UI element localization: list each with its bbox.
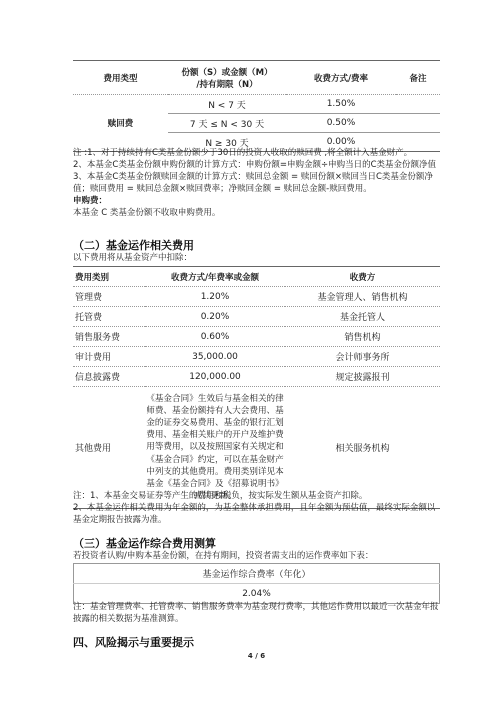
table-row: 信息披露费 120,000.00 规定披露报刊 <box>73 367 440 387</box>
table-row: 托管费 0.20% 基金托管人 <box>73 307 440 327</box>
payee-cell: 基金托管人 <box>285 307 440 327</box>
subscription-fee-text: 本基金 C 类基金份额不收取申购费用。 <box>73 207 443 219</box>
payee-cell: 规定披露报刊 <box>285 367 440 387</box>
header-share-period-line1: 份额（S）或金额（M） <box>168 66 286 78</box>
operating-fee-table: 费用类别 收费方式/年费率或金额 收费方 管理费 1.20% 基金管理人、销售机… <box>73 266 440 509</box>
rate-cell: 0.20% <box>145 307 285 327</box>
payee-cell: 会计师事务所 <box>285 347 440 367</box>
note-3: 3、本基金C类基金份额赎回金额的计算方式：赎回总金额 = 赎回份额×赎回当日C类… <box>73 171 443 195</box>
payee-cell: 基金管理人、销售机构 <box>285 287 440 307</box>
fee-type-cell: 赎回费 <box>73 95 168 152</box>
subscription-fee-title: 申购费： <box>73 195 443 207</box>
header-remark: 备注 <box>396 61 440 95</box>
header-category: 费用类别 <box>73 267 145 287</box>
period-cell: N < 7 天 <box>168 95 286 114</box>
rate-cell: 1.20% <box>145 287 285 307</box>
rate-cell: 35,000.00 <box>145 347 285 367</box>
header-rate: 收费方式/费率 <box>286 61 396 95</box>
rate-cell: 0.60% <box>145 327 285 347</box>
table-row: 管理费 1.20% 基金管理人、销售机构 <box>73 287 440 307</box>
section-2-title: （二）基金运作相关费用 <box>73 237 194 253</box>
header-fee-type: 费用类型 <box>73 61 168 95</box>
redemption-fee-table: 费用类型 份额（S）或金额（M） /持有期限（N） 收费方式/费率 备注 赎回费… <box>73 60 440 152</box>
header-share-period-line2: /持有期限（N） <box>168 78 286 90</box>
table-header-row: 基金运作综合费率（年化） <box>74 564 440 584</box>
header-rate: 收费方式/年费率或金额 <box>145 267 285 287</box>
section-3-intro: 若投资者认购/申购本基金份额，在持有期间，投资者需支出的运作费率如下表： <box>73 550 373 562</box>
page-number: 4 / 6 <box>73 652 440 660</box>
section-3-title: （三）基金运作综合费用测算 <box>73 535 216 551</box>
table-header-row: 费用类型 份额（S）或金额（M） /持有期限（N） 收费方式/费率 备注 <box>73 61 440 95</box>
section-4-title: 四、风险揭示与重要提示 <box>73 634 194 650</box>
category-cell: 审计费用 <box>73 347 145 367</box>
category-cell: 托管费 <box>73 307 145 327</box>
section-2-intro: 以下费用将从基金资产中扣除： <box>73 252 192 264</box>
redemption-notes: 注 :1、对于持续持有C类基金份额少于30日的投资人收取的赎回费 ,将全额计入基… <box>73 147 443 219</box>
table-row: 审计费用 35,000.00 会计师事务所 <box>73 347 440 367</box>
table-row: 销售服务费 0.60% 销售机构 <box>73 327 440 347</box>
category-cell: 管理费 <box>73 287 145 307</box>
note-2: 2、本基金C类基金份额申购份额的计算方式：申购份额=申购金额÷申购当日的C类基金… <box>73 159 443 171</box>
header-payee: 收费方 <box>285 267 440 287</box>
period-cell: 7 天 ≤ N < 30 天 <box>168 114 286 133</box>
section-2-notes: 注：1、本基金交易证券等产生的费用和税负，按实际发生额从基金资产扣除。 2、本基… <box>73 490 443 526</box>
remark-cell <box>396 114 440 133</box>
section-3-note: 注：基金管理费率、托管费率、销售服务费率为基金现行费率，其他运作费用以最近一次基… <box>73 601 443 625</box>
remark-cell <box>396 95 440 114</box>
header-share-period: 份额（S）或金额（M） /持有期限（N） <box>168 61 286 95</box>
table-row: 赎回费 N < 7 天 1.50% <box>73 95 440 114</box>
note-1: 注 :1、对于持续持有C类基金份额少于30日的投资人收取的赎回费 ,将全额计入基… <box>73 147 443 159</box>
rate-cell: 120,000.00 <box>145 367 285 387</box>
note-2: 2、本基金运作相关费用为年金额的，为基金整体承担费用，且年金额为预估值，最终实际… <box>73 502 443 526</box>
note-1: 注：1、本基金交易证券等产生的费用和税负，按实际发生额从基金资产扣除。 <box>73 490 443 502</box>
rate-cell: 0.50% <box>286 114 396 133</box>
category-cell: 信息披露费 <box>73 367 145 387</box>
payee-cell: 销售机构 <box>285 327 440 347</box>
comprehensive-fee-table: 基金运作综合费率（年化） 2.04% <box>73 563 440 604</box>
table-header-row: 费用类别 收费方式/年费率或金额 收费方 <box>73 267 440 287</box>
category-cell: 销售服务费 <box>73 327 145 347</box>
rate-cell: 1.50% <box>286 95 396 114</box>
header-comprehensive-rate: 基金运作综合费率（年化） <box>74 564 440 584</box>
